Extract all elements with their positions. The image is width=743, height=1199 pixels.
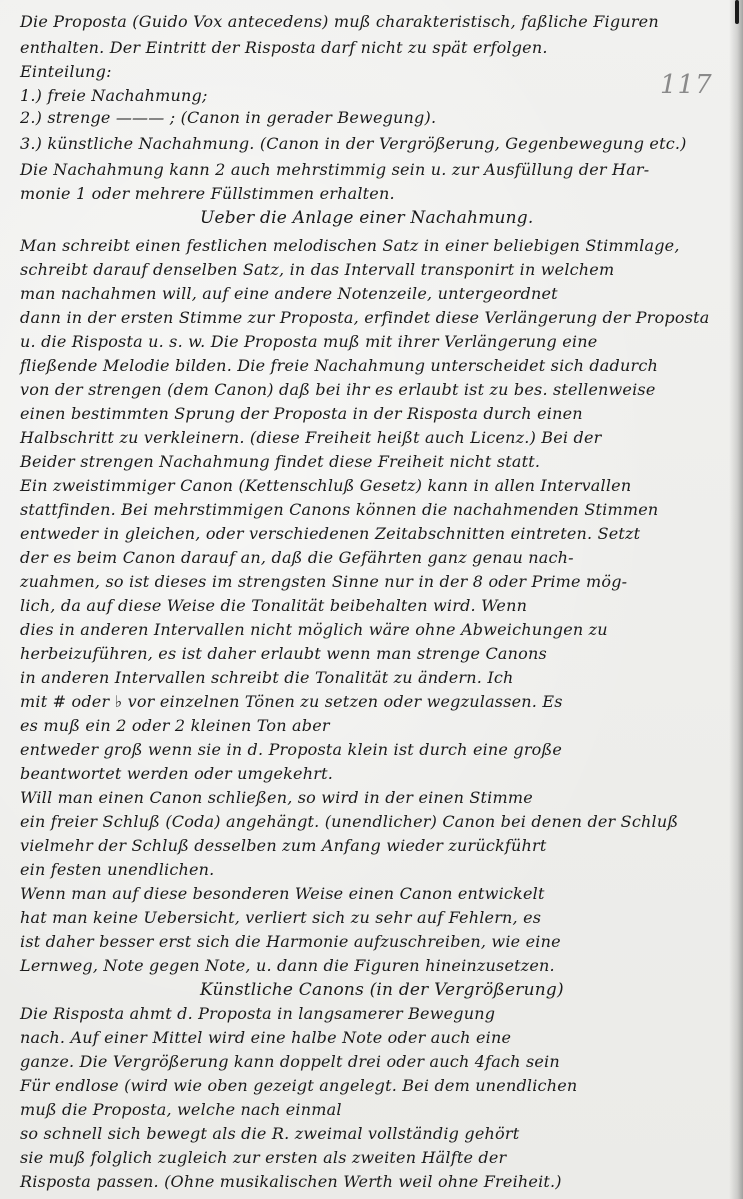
manuscript-line: dann in der ersten Stimme zur Proposta, … [20, 308, 709, 327]
manuscript-line: in anderen Intervallen schreibt die Tona… [20, 668, 514, 687]
manuscript-line: dies in anderen Intervallen nicht möglic… [20, 620, 608, 639]
manuscript-line: Man schreibt einen festlichen melodische… [20, 236, 680, 255]
manuscript-line: sie muß folglich zugleich zur ersten als… [20, 1148, 506, 1167]
manuscript-line: Die Risposta ahmt d. Proposta in langsam… [20, 1004, 495, 1023]
manuscript-line: ganze. Die Vergrößerung kann doppelt dre… [20, 1052, 560, 1071]
manuscript-line: einen bestimmten Sprung der Proposta in … [20, 404, 583, 423]
manuscript-line: Beider strengen Nachahmung findet diese … [20, 452, 540, 471]
manuscript-line: mit # oder ♭ vor einzelnen Tönen zu setz… [20, 692, 563, 711]
section-heading: Ueber die Anlage einer Nachahmung. [200, 208, 534, 228]
manuscript-line: zuahmen, so ist dieses im strengsten Sin… [20, 572, 627, 591]
folio-number: 117 [660, 70, 713, 100]
manuscript-line: enthalten. Der Eintritt der Risposta dar… [20, 38, 548, 57]
manuscript-line: so schnell sich bewegt als die R. zweima… [20, 1124, 519, 1143]
manuscript-page: 117 Die Proposta (Guido Vox antecedens) … [0, 0, 743, 1199]
manuscript-line: beantwortet werden oder umgekehrt. [20, 764, 333, 783]
manuscript-line: muß die Proposta, welche nach einmal [20, 1100, 342, 1119]
manuscript-line: Wenn man auf diese besonderen Weise eine… [20, 884, 545, 903]
manuscript-line: der es beim Canon darauf an, daß die Gef… [20, 548, 574, 567]
manuscript-line: Lernweg, Note gegen Note, u. dann die Fi… [20, 956, 555, 975]
page-edge-tear [735, 0, 739, 24]
section-heading: Künstliche Canons (in der Vergrößerung) [200, 980, 564, 1000]
manuscript-line: Die Nachahmung kann 2 auch mehrstimmig s… [20, 160, 649, 179]
manuscript-line: 2.) strenge ——— ; (Canon in gerader Bewe… [20, 108, 436, 127]
manuscript-line: Für endlose (wird wie oben gezeigt angel… [20, 1076, 577, 1095]
manuscript-line: Ein zweistimmiger Canon (Kettenschluß Ge… [20, 476, 631, 495]
manuscript-line: lich, da auf diese Weise die Tonalität b… [20, 596, 527, 615]
manuscript-line: nach. Auf einer Mittel wird eine halbe N… [20, 1028, 511, 1047]
manuscript-line: vielmehr der Schluß desselben zum Anfang… [20, 836, 547, 855]
manuscript-line: Einteilung: [20, 62, 112, 81]
manuscript-line: stattfinden. Bei mehrstimmigen Canons kö… [20, 500, 658, 519]
manuscript-line: u. die Risposta u. s. w. Die Proposta mu… [20, 332, 597, 351]
manuscript-line: ein freier Schluß (Coda) angehängt. (une… [20, 812, 678, 831]
manuscript-line: entweder in gleichen, oder verschiedenen… [20, 524, 640, 543]
page-edge-shadow [729, 0, 743, 1199]
manuscript-line: 3.) künstliche Nachahmung. (Canon in der… [20, 134, 687, 153]
manuscript-line: Risposta passen. (Ohne musikalischen Wer… [20, 1172, 562, 1191]
manuscript-line: Die Proposta (Guido Vox antecedens) muß … [20, 12, 659, 31]
manuscript-line: Halbschritt zu verkleinern. (diese Freih… [20, 428, 602, 447]
manuscript-line: man nachahmen will, auf eine andere Note… [20, 284, 558, 303]
manuscript-line: ein festen unendlichen. [20, 860, 214, 879]
manuscript-line: fließende Melodie bilden. Die freie Nach… [20, 356, 658, 375]
manuscript-line: entweder groß wenn sie in d. Proposta kl… [20, 740, 562, 759]
manuscript-line: es muß ein 2 oder 2 kleinen Ton aber [20, 716, 330, 735]
manuscript-line: hat man keine Uebersicht, verliert sich … [20, 908, 541, 927]
manuscript-line: Will man einen Canon schließen, so wird … [20, 788, 533, 807]
manuscript-line: schreibt darauf denselben Satz, in das I… [20, 260, 614, 279]
manuscript-line: herbeizuführen, es ist daher erlaubt wen… [20, 644, 547, 663]
manuscript-line: monie 1 oder mehrere Füllstimmen erhalte… [20, 184, 395, 203]
manuscript-line: ist daher besser erst sich die Harmonie … [20, 932, 561, 951]
manuscript-line: 1.) freie Nachahmung; [20, 86, 208, 105]
manuscript-line: von der strengen (dem Canon) daß bei ihr… [20, 380, 656, 399]
